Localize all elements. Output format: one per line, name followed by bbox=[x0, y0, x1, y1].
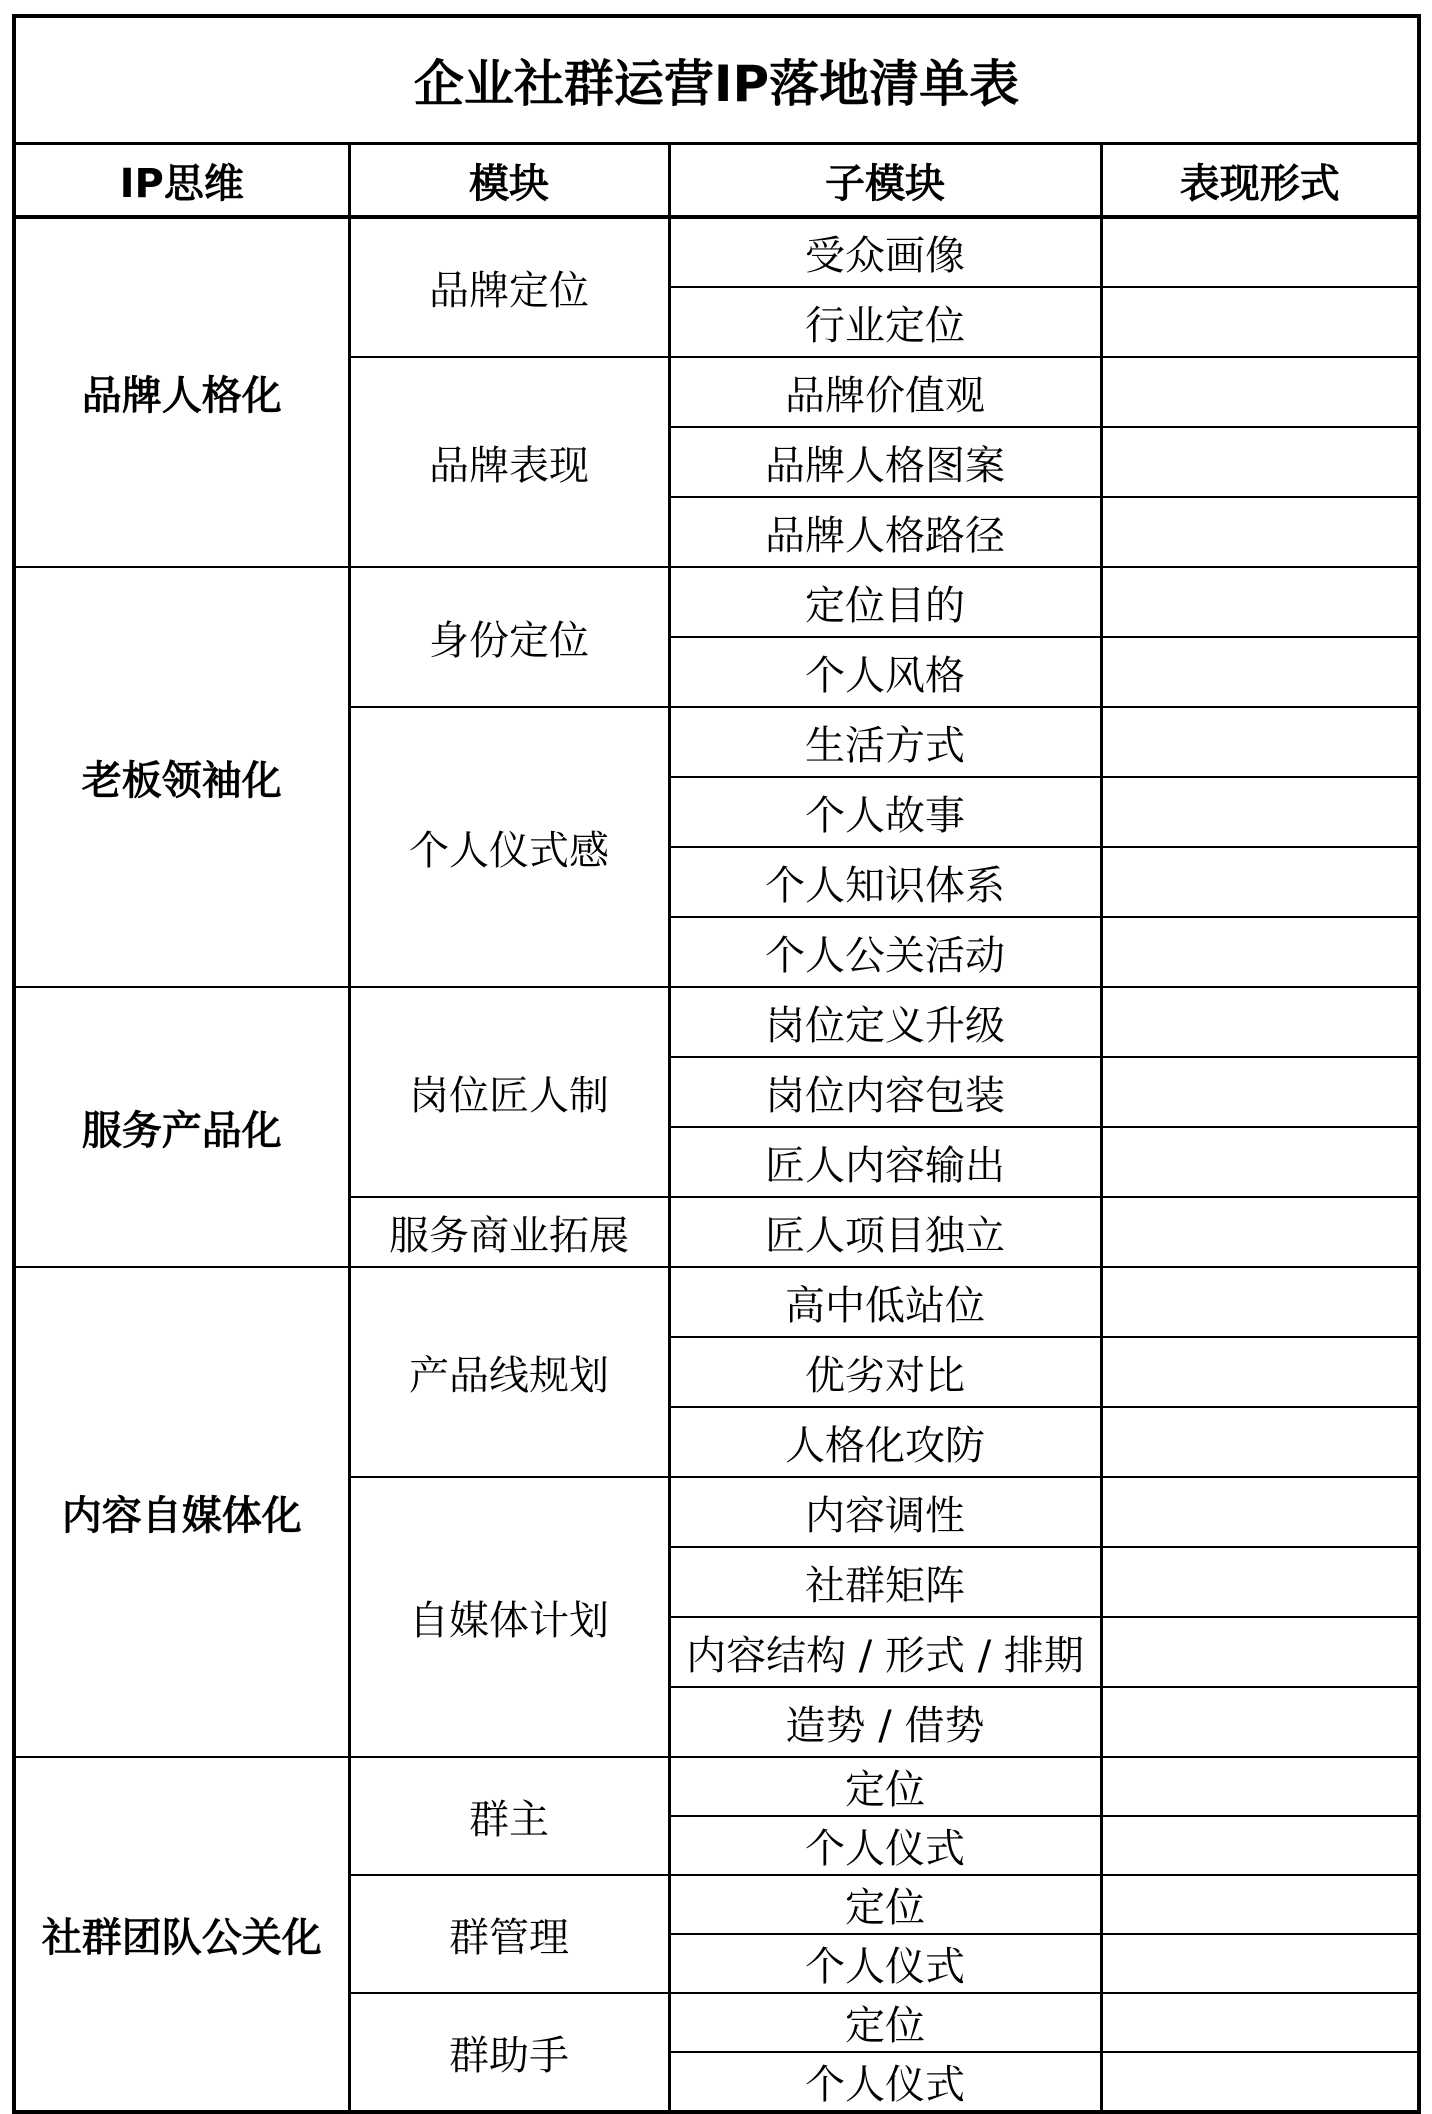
presentation-cell bbox=[1101, 1617, 1419, 1687]
submodule-cell: 造势 / 借势 bbox=[669, 1687, 1101, 1757]
module-cell: 群主 bbox=[349, 1757, 669, 1875]
presentation-cell bbox=[1101, 1687, 1419, 1757]
submodule-cell: 定位目的 bbox=[669, 567, 1101, 637]
presentation-cell bbox=[1101, 1993, 1419, 2052]
module-cell: 身份定位 bbox=[349, 567, 669, 707]
submodule-cell: 生活方式 bbox=[669, 707, 1101, 777]
submodule-cell: 品牌价值观 bbox=[669, 357, 1101, 427]
checklist-table: 企业社群运营IP落地清单表 IP思维 模块 子模块 表现形式 品牌人格化 品牌定… bbox=[12, 14, 1421, 2114]
presentation-cell bbox=[1101, 1757, 1419, 1816]
submodule-cell: 个人公关活动 bbox=[669, 917, 1101, 987]
table-row: 服务产品化 岗位匠人制 岗位定义升级 bbox=[14, 987, 1419, 1057]
presentation-cell bbox=[1101, 1127, 1419, 1197]
submodule-cell: 岗位定义升级 bbox=[669, 987, 1101, 1057]
table-row: 品牌人格化 品牌定位 受众画像 bbox=[14, 217, 1419, 287]
presentation-cell bbox=[1101, 567, 1419, 637]
presentation-cell bbox=[1101, 1197, 1419, 1267]
presentation-cell bbox=[1101, 1267, 1419, 1337]
submodule-cell: 个人故事 bbox=[669, 777, 1101, 847]
submodule-cell: 内容结构 / 形式 / 排期 bbox=[669, 1617, 1101, 1687]
group-cell: 服务产品化 bbox=[14, 987, 349, 1267]
presentation-cell bbox=[1101, 707, 1419, 777]
presentation-cell bbox=[1101, 497, 1419, 567]
submodule-cell: 行业定位 bbox=[669, 287, 1101, 357]
presentation-cell bbox=[1101, 357, 1419, 427]
presentation-cell bbox=[1101, 287, 1419, 357]
presentation-cell bbox=[1101, 1407, 1419, 1477]
module-cell: 产品线规划 bbox=[349, 1267, 669, 1477]
presentation-cell bbox=[1101, 637, 1419, 707]
column-header-module: 模块 bbox=[349, 144, 669, 218]
column-header-presentation: 表现形式 bbox=[1101, 144, 1419, 218]
submodule-cell: 内容调性 bbox=[669, 1477, 1101, 1547]
presentation-cell bbox=[1101, 217, 1419, 287]
presentation-cell bbox=[1101, 847, 1419, 917]
module-cell: 群助手 bbox=[349, 1993, 669, 2112]
group-cell: 社群团队公关化 bbox=[14, 1757, 349, 2112]
submodule-cell: 人格化攻防 bbox=[669, 1407, 1101, 1477]
submodule-cell: 优劣对比 bbox=[669, 1337, 1101, 1407]
submodule-cell: 个人风格 bbox=[669, 637, 1101, 707]
submodule-cell: 个人知识体系 bbox=[669, 847, 1101, 917]
column-header-ip-thinking: IP思维 bbox=[14, 144, 349, 218]
presentation-cell bbox=[1101, 1816, 1419, 1875]
presentation-cell bbox=[1101, 1337, 1419, 1407]
submodule-cell: 匠人内容输出 bbox=[669, 1127, 1101, 1197]
module-cell: 岗位匠人制 bbox=[349, 987, 669, 1197]
submodule-cell: 社群矩阵 bbox=[669, 1547, 1101, 1617]
presentation-cell bbox=[1101, 1934, 1419, 1993]
presentation-cell bbox=[1101, 2052, 1419, 2112]
module-cell: 品牌表现 bbox=[349, 357, 669, 567]
group-cell: 内容自媒体化 bbox=[14, 1267, 349, 1757]
column-header-submodule: 子模块 bbox=[669, 144, 1101, 218]
submodule-cell: 品牌人格图案 bbox=[669, 427, 1101, 497]
presentation-cell bbox=[1101, 1875, 1419, 1934]
module-cell: 个人仪式感 bbox=[349, 707, 669, 987]
table-row: 内容自媒体化 产品线规划 高中低站位 bbox=[14, 1267, 1419, 1337]
submodule-cell: 定位 bbox=[669, 1875, 1101, 1934]
page: 企业社群运营IP落地清单表 IP思维 模块 子模块 表现形式 品牌人格化 品牌定… bbox=[0, 0, 1432, 2094]
module-cell: 自媒体计划 bbox=[349, 1477, 669, 1757]
submodule-cell: 高中低站位 bbox=[669, 1267, 1101, 1337]
presentation-cell bbox=[1101, 1547, 1419, 1617]
presentation-cell bbox=[1101, 987, 1419, 1057]
submodule-cell: 品牌人格路径 bbox=[669, 497, 1101, 567]
presentation-cell bbox=[1101, 1057, 1419, 1127]
submodule-cell: 个人仪式 bbox=[669, 1934, 1101, 1993]
submodule-cell: 个人仪式 bbox=[669, 1816, 1101, 1875]
group-cell: 老板领袖化 bbox=[14, 567, 349, 987]
module-cell: 品牌定位 bbox=[349, 217, 669, 357]
presentation-cell bbox=[1101, 917, 1419, 987]
table-row: 社群团队公关化 群主 定位 bbox=[14, 1757, 1419, 1816]
presentation-cell bbox=[1101, 1477, 1419, 1547]
table-title: 企业社群运营IP落地清单表 bbox=[14, 16, 1419, 144]
submodule-cell: 岗位内容包装 bbox=[669, 1057, 1101, 1127]
presentation-cell bbox=[1101, 427, 1419, 497]
submodule-cell: 受众画像 bbox=[669, 217, 1101, 287]
module-cell: 群管理 bbox=[349, 1875, 669, 1993]
submodule-cell: 定位 bbox=[669, 1757, 1101, 1816]
presentation-cell bbox=[1101, 777, 1419, 847]
module-cell: 服务商业拓展 bbox=[349, 1197, 669, 1267]
table-row: 老板领袖化 身份定位 定位目的 bbox=[14, 567, 1419, 637]
submodule-cell: 匠人项目独立 bbox=[669, 1197, 1101, 1267]
group-cell: 品牌人格化 bbox=[14, 217, 349, 567]
submodule-cell: 个人仪式 bbox=[669, 2052, 1101, 2112]
submodule-cell: 定位 bbox=[669, 1993, 1101, 2052]
